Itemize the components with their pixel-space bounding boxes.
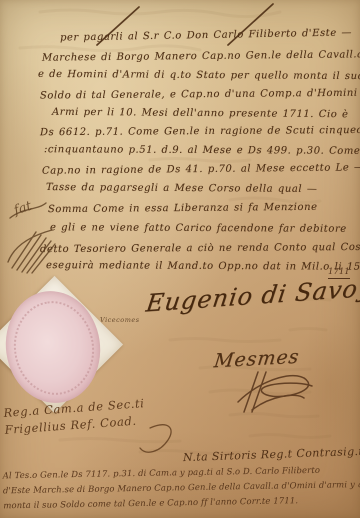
registration-flourish xyxy=(0,0,360,518)
document-scan: per pagarli al S.r C.o Don Carlo Filiber… xyxy=(0,0,360,518)
treasury-docket: Al Tes.o Gen.le Ds 7117. p.31. di Cam.a … xyxy=(3,463,360,515)
